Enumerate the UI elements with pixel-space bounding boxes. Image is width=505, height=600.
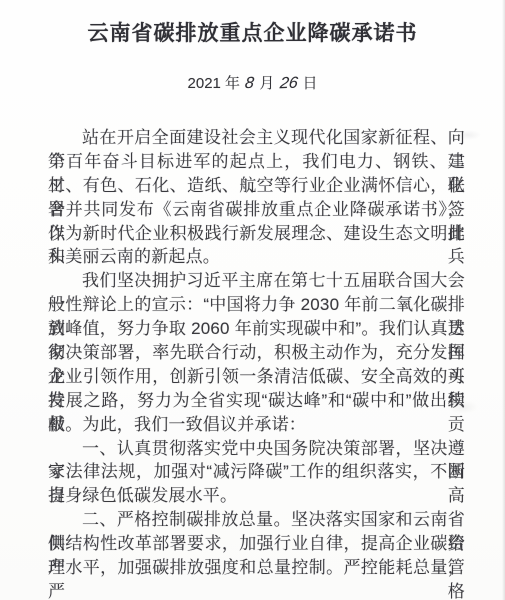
paragraph-4: 二、严格控制碳排放总量。坚决落实国家和云南省供给 侧结构性改革部署要求，加强行业… bbox=[48, 508, 465, 580]
text-line: 作为新时代企业积极践行新发展理念、建设生态文明排头兵 bbox=[48, 222, 465, 246]
date-month-unit: 月 bbox=[259, 75, 274, 92]
page-title: 云南省碳排放重点企业降碳承诺书 bbox=[0, 20, 505, 47]
text-line: 一、认真贯彻落实党中央国务院决策部署，坚决遵守国 bbox=[48, 437, 465, 461]
date-month-handwritten: 8 bbox=[243, 74, 256, 93]
text-line: 般性辩论上的宣示：“中国将力争 2030 年前二氧化碳排放达 bbox=[48, 293, 465, 317]
date-day-unit: 日 bbox=[302, 75, 317, 92]
text-line: 到峰值，努力争取 2060 年前实现碳中和”。我们认真贯彻国 bbox=[48, 317, 465, 341]
scan-smudge bbox=[448, 400, 478, 414]
date-day-handwritten: 26 bbox=[277, 74, 299, 94]
text-line: 侧结构性改革部署要求，加强行业自律，提高企业碳资产管 bbox=[48, 532, 465, 556]
text-line: 署并共同发布《云南省碳排放重点企业降碳承诺书》，以此 bbox=[48, 198, 465, 222]
document-body: 站在开启全面建设社会主义现代化国家新征程、向第二 个百年奋斗目标进军的起点上，我… bbox=[0, 126, 505, 580]
scan-smudge bbox=[455, 130, 481, 140]
text-line: 企业引领作用，创新引领一条清洁低碳、安全高效的可持续 bbox=[48, 365, 465, 389]
text-line: 工、有色、石化、造纸、航空等行业企业满怀信心，联合签 bbox=[48, 174, 465, 198]
text-line: 我们坚决拥护习近平主席在第七十五届联合国大会一 bbox=[48, 269, 465, 293]
paragraph-2: 我们坚决拥护习近平主席在第七十五届联合国大会一 般性辩论上的宣示：“中国将力争 … bbox=[48, 269, 465, 436]
text-line: 个百年奋斗目标进军的起点上，我们电力、钢铁、建材、化 bbox=[48, 150, 465, 174]
text-line: 站在开启全面建设社会主义现代化国家新征程、向第二 bbox=[48, 126, 465, 150]
text-line: 家法律法规，加强对“减污降碳”工作的组织落实，不断提高 bbox=[48, 460, 465, 484]
paragraph-1: 站在开启全面建设社会主义现代化国家新征程、向第二 个百年奋斗目标进军的起点上，我… bbox=[48, 126, 465, 269]
text-line: 二、严格控制碳排放总量。坚决落实国家和云南省供给 bbox=[48, 508, 465, 532]
scanned-document-page: 云南省碳排放重点企业降碳承诺书 2021 年 8 月 26 日 站在开启全面建设… bbox=[0, 0, 505, 600]
date-year: 2021 年 bbox=[188, 75, 241, 92]
date-line: 2021 年 8 月 26 日 bbox=[0, 74, 505, 93]
text-line: 家决策部署，率先联合行动，积极主动作为，充分发挥龙头 bbox=[48, 341, 465, 365]
text-line: 理水平，加强碳排放强度和总量控制。严控能耗总量，严格 bbox=[48, 556, 465, 580]
paragraph-3: 一、认真贯彻落实党中央国务院决策部署，坚决遵守国 家法律法规，加强对“减污降碳”… bbox=[48, 437, 465, 509]
text-line: 发展之路，努力为全省实现“碳达峰”和“碳中和”做出积极贡 bbox=[48, 389, 465, 413]
